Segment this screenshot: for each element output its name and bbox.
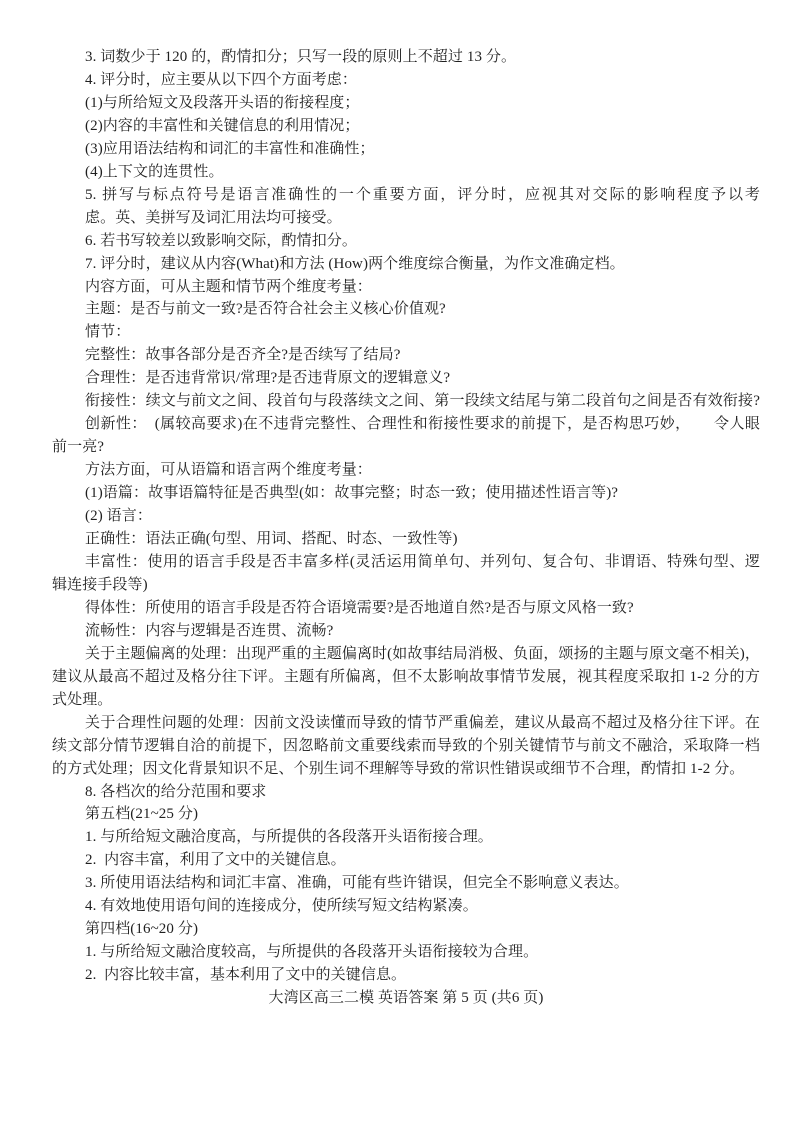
text-line: 丰富性：使用的语言手段是否丰富多样(灵活运用简单句、并列句、复合句、非谓语、特殊… — [52, 551, 760, 574]
text-line: 4. 有效地使用语句间的连接成分，使所续写短文结构紧凑。 — [52, 895, 760, 918]
text-line: 4. 评分时，应主要从以下四个方面考虑： — [52, 69, 760, 92]
text-line: 2. 内容比较丰富，基本利用了文中的关键信息。 — [52, 964, 760, 987]
text-line: 内容方面，可从主题和情节两个维度考量： — [52, 276, 760, 299]
text-line: 流畅性：内容与逻辑是否连贯、流畅? — [52, 620, 760, 643]
document-body: 3. 词数少于 120 的，酌情扣分；只写一段的原则上不超过 13 分。4. 评… — [52, 46, 760, 1010]
text-line: 辑连接手段等) — [52, 574, 760, 597]
text-line: 正确性：语法正确(句型、用词、搭配、时态、一致性等) — [52, 528, 760, 551]
text-line: 续文部分情节逻辑自洽的前提下，因忽略前文重要线索而导致的个别关键情节与前文不融洽… — [52, 735, 760, 758]
text-line: 5. 拼写与标点符号是语言准确性的一个重要方面，评分时，应视其对交际的影响程度予… — [52, 184, 760, 207]
text-line: 1. 与所给短文融洽度高，与所提供的各段落开头语衔接合理。 — [52, 826, 760, 849]
text-line: 的方式处理；因文化背景知识不足、个别生词不理解等导致的常识性错误或细节不合理，酌… — [52, 758, 760, 781]
text-line: 6. 若书写较差以致影响交际，酌情扣分。 — [52, 230, 760, 253]
text-line: 得体性：所使用的语言手段是否符合语境需要?是否地道自然?是否与原文风格一致? — [52, 597, 760, 620]
text-line: 式处理。 — [52, 689, 760, 712]
text-line: 第五档(21~25 分) — [52, 803, 760, 826]
text-line: 建议从最高不超过及格分往下评。主题有所偏离，但不太影响故事情节发展，视其程度采取… — [52, 666, 760, 689]
document-page: 3. 词数少于 120 的，酌情扣分；只写一段的原则上不超过 13 分。4. 评… — [0, 0, 800, 1131]
text-line: (2) 语言： — [52, 505, 760, 528]
page-footer: 大湾区高三二模 英语答案 第 5 页 (共6 页) — [52, 987, 760, 1010]
text-line: 完整性：故事各部分是否齐全?是否续写了结局? — [52, 344, 760, 367]
text-line: 7. 评分时，建议从内容(What)和方法 (How)两个维度综合衡量，为作文准… — [52, 253, 760, 276]
text-line: 8. 各档次的给分范围和要求 — [52, 781, 760, 804]
text-line: 方法方面，可从语篇和语言两个维度考量： — [52, 459, 760, 482]
text-line: 前一亮? — [52, 436, 760, 459]
text-line: 3. 所使用语法结构和词汇丰富、准确，可能有些许错误，但完全不影响意义表达。 — [52, 872, 760, 895]
text-line: 关于主题偏离的处理：出现严重的主题偏离时(如故事结局消极、负面，颂扬的主题与原文… — [52, 643, 760, 666]
text-lines: 3. 词数少于 120 的，酌情扣分；只写一段的原则上不超过 13 分。4. 评… — [52, 46, 760, 987]
text-line: 衔接性：续文与前文之间、段首句与段落续文之间、第一段续文结尾与第二段首句之间是否… — [52, 390, 760, 413]
text-line: 关于合理性问题的处理：因前文没读懂而导致的情节严重偏差，建议从最高不超过及格分往… — [52, 712, 760, 735]
text-line: 情节： — [52, 321, 760, 344]
text-line: 1. 与所给短文融洽度较高，与所提供的各段落开头语衔接较为合理。 — [52, 941, 760, 964]
text-line: (3)应用语法结构和词汇的丰富性和准确性； — [52, 138, 760, 161]
text-line: (1)与所给短文及段落开头语的衔接程度； — [52, 92, 760, 115]
text-line: 2. 内容丰富，利用了文中的关键信息。 — [52, 849, 760, 872]
text-line: 创新性： (属较高要求)在不违背完整性、合理性和衔接性要求的前提下，是否构思巧妙… — [52, 413, 760, 436]
text-line: 虑。英、美拼写及词汇用法均可接受。 — [52, 207, 760, 230]
text-line: (4)上下文的连贯性。 — [52, 161, 760, 184]
text-line: 主题：是否与前文一致?是否符合社会主义核心价值观? — [52, 298, 760, 321]
text-line: 第四档(16~20 分) — [52, 918, 760, 941]
text-line: 合理性：是否违背常识/常理?是否违背原文的逻辑意义? — [52, 367, 760, 390]
text-line: (2)内容的丰富性和关键信息的利用情况； — [52, 115, 760, 138]
text-line: (1)语篇：故事语篇特征是否典型(如：故事完整；时态一致；使用描述性语言等)? — [52, 482, 760, 505]
text-line: 3. 词数少于 120 的，酌情扣分；只写一段的原则上不超过 13 分。 — [52, 46, 760, 69]
